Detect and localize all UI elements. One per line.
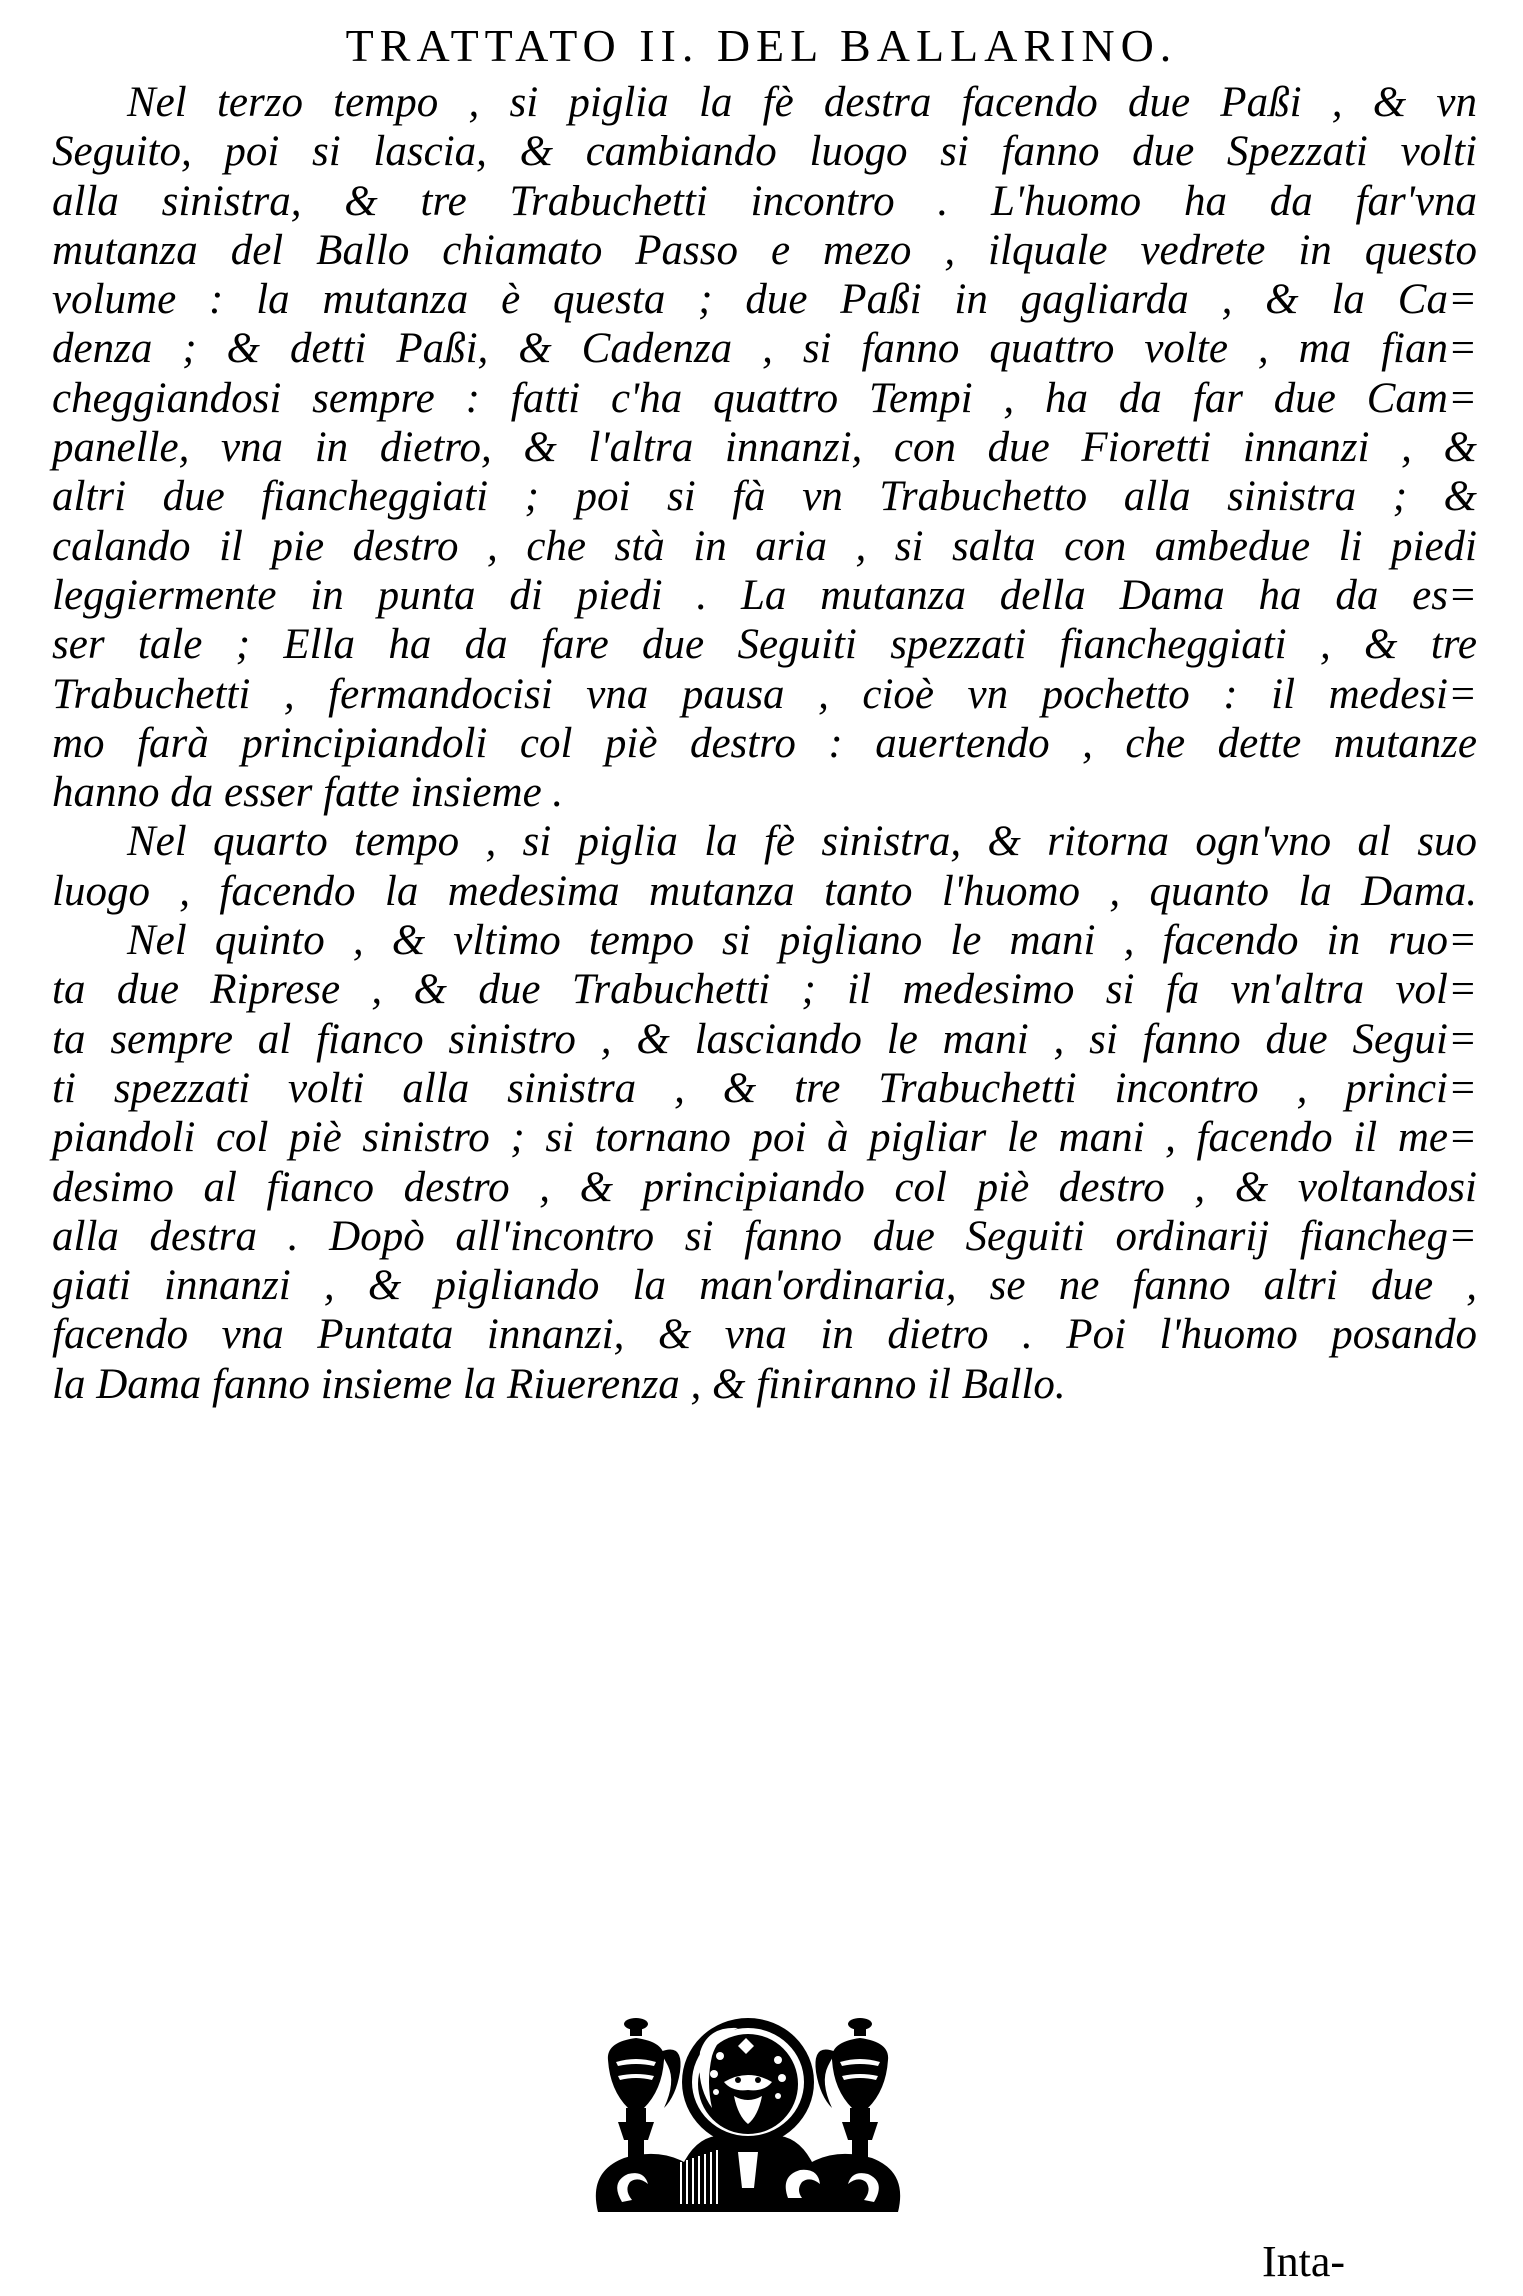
text-line: Seguito, poi si lascia, & cambiando luog… xyxy=(52,127,1477,176)
text-line: mo farà principiandoli col piè destro : … xyxy=(52,719,1477,768)
paragraph-quinto-tempo: Nel quinto , & vltimo tempo si pigliano … xyxy=(52,916,1477,1409)
text-line: piandoli col piè sinistro ; si tornano p… xyxy=(52,1113,1477,1162)
paragraph-terzo-tempo: Nel terzo tempo , si piglia la fè destra… xyxy=(52,78,1477,817)
text-line: volume : la mutanza è questa ; due Paßi … xyxy=(52,275,1477,324)
right-urn-icon xyxy=(815,2018,888,2164)
text-line: leggiermente in punta di piedi . La muta… xyxy=(52,571,1477,620)
text-line: Nel quarto tempo , si piglia la fè sinis… xyxy=(52,817,1477,866)
text-line: cheggiandosi sempre : fatti c'ha quattro… xyxy=(52,374,1477,423)
paragraph-quarto-tempo: Nel quarto tempo , si piglia la fè sinis… xyxy=(52,817,1477,916)
book-page: TRATTATO II. DEL BALLARINO. Nel terzo te… xyxy=(0,0,1523,2296)
text-line: altri due fiancheggiati ; poi si fà vn T… xyxy=(52,472,1477,521)
text-line: desimo al fianco destro , & principiando… xyxy=(52,1163,1477,1212)
text-line: Nel terzo tempo , si piglia la fè destra… xyxy=(52,78,1477,127)
tailpiece-ornament-icon xyxy=(588,2012,908,2214)
text-line: giati innanzi , & pigliando la man'ordin… xyxy=(52,1261,1477,1310)
text-line: luogo , facendo la medesima mutanza tant… xyxy=(52,867,1477,916)
text-line: ta due Riprese , & due Trabuchetti ; il … xyxy=(52,965,1477,1014)
grotesque-mask-icon xyxy=(682,2018,814,2146)
text-line: la Dama fanno insieme la Riuerenza , & f… xyxy=(52,1360,1477,1409)
catchword: Inta- xyxy=(1262,2236,1345,2288)
text-line: ti spezzati volti alla sinistra , & tre … xyxy=(52,1064,1477,1113)
text-line: alla sinistra, & tre Trabuchetti incontr… xyxy=(52,177,1477,226)
text-line: Trabuchetti , fermandocisi vna pausa , c… xyxy=(52,670,1477,719)
text-line: facendo vna Puntata innanzi, & vna in di… xyxy=(52,1310,1477,1359)
text-line: alla destra . Dopò all'incontro si fanno… xyxy=(52,1212,1477,1261)
text-line: calando il pie destro , che stà in aria … xyxy=(52,522,1477,571)
text-line: denza ; & detti Paßi, & Cadenza , si fan… xyxy=(52,324,1477,373)
text-line: Nel quinto , & vltimo tempo si pigliano … xyxy=(52,916,1477,965)
running-head: TRATTATO II. DEL BALLARINO. xyxy=(0,18,1523,74)
text-line: mutanza del Ballo chiamato Passo e mezo … xyxy=(52,226,1477,275)
left-urn-icon xyxy=(608,2018,681,2164)
text-line: ta sempre al fianco sinistro , & lascian… xyxy=(52,1015,1477,1064)
text-line: hanno da esser fatte insieme . xyxy=(52,768,1477,817)
body-text: Nel terzo tempo , si piglia la fè destra… xyxy=(52,78,1477,1409)
text-line: panelle, vna in dietro, & l'altra innanz… xyxy=(52,423,1477,472)
text-line: ser tale ; Ella ha da fare due Seguiti s… xyxy=(52,620,1477,669)
